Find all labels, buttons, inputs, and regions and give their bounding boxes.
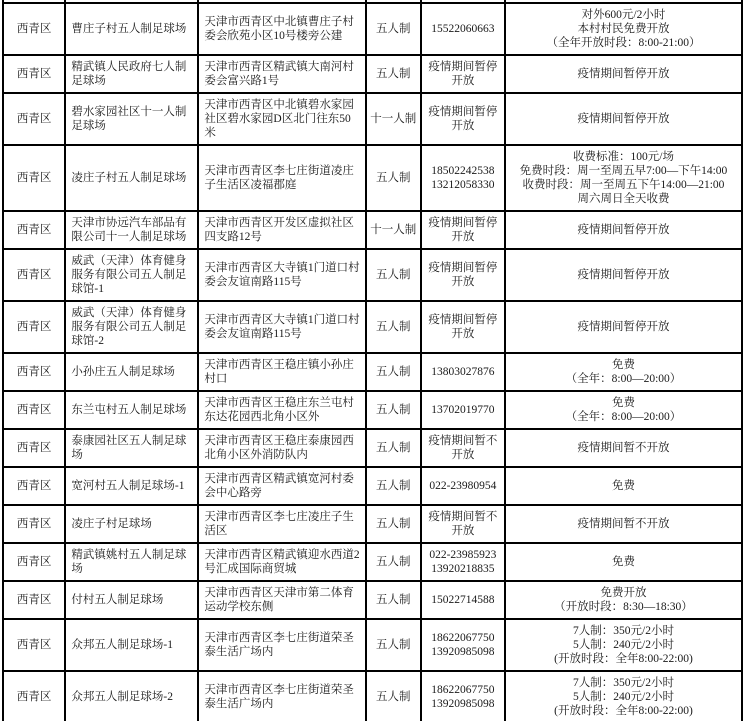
venue-name-cell: 威武（天津）体育健身服务有限公司五人制足球馆-1 bbox=[65, 249, 198, 301]
table-row: 西青区 泰康园社区五人制足球场 天津市西青区王稳庄泰康园西北角小区外消防队内 五… bbox=[3, 429, 742, 467]
table-row: 西青区 精武镇姚村五人制足球场 天津市西青区精武镇迎水西道2号汇成国际商贸城 五… bbox=[3, 543, 742, 581]
venue-name-cell: 泰康园社区五人制足球场 bbox=[65, 429, 198, 467]
district-cell: 西青区 bbox=[3, 301, 65, 353]
address-cell: 天津市西青区精武镇宽河村委会中心路旁 bbox=[198, 467, 365, 505]
venue-name-cell: 碧水家园社区十一人制足球场 bbox=[65, 93, 198, 145]
venue-name-cell: 精武镇姚村五人制足球场 bbox=[65, 543, 198, 581]
venue-name-cell: 众邦五人制足球场-1 bbox=[65, 619, 198, 671]
fee-info-cell: 疫情期间暂停开放 bbox=[505, 55, 742, 93]
venue-name-cell: 众邦五人制足球场-2 bbox=[65, 671, 198, 721]
address-cell: 天津市西青区中北镇碧水家园社区碧水家园D区北门往东50米 bbox=[198, 93, 365, 145]
field-type-cell: 十一人制 bbox=[366, 93, 421, 145]
district-cell: 西青区 bbox=[3, 505, 65, 543]
district-cell: 西青区 bbox=[3, 249, 65, 301]
address-cell: 天津市西青区李七庄凌庄子生活区 bbox=[198, 505, 365, 543]
table-row: 西青区 凌庄子村五人制足球场 天津市西青区李七庄街道凌庄子生活区凌福郡庭 五人制… bbox=[3, 145, 742, 211]
district-cell: 西青区 bbox=[3, 467, 65, 505]
district-cell: 西青区 bbox=[3, 619, 65, 671]
table-row: 西青区 东兰屯村五人制足球场 天津市西青区王稳庄东兰屯村东达花园西北角小区外 五… bbox=[3, 391, 742, 429]
district-cell: 西青区 bbox=[3, 429, 65, 467]
venue-name-cell: 精武镇人民政府七人制足球场 bbox=[65, 55, 198, 93]
address-cell: 天津市西青区开发区虚拟社区四支路12号 bbox=[198, 211, 365, 249]
fee-info-cell: 免费 （全年：8:00—20:00） bbox=[505, 391, 742, 429]
district-cell: 西青区 bbox=[3, 391, 65, 429]
field-type-cell: 五人制 bbox=[366, 671, 421, 721]
district-cell: 西青区 bbox=[3, 55, 65, 93]
phone-cell: 疫情期间暂停开放 bbox=[421, 211, 505, 249]
phone-cell: 18502242538 13212058330 bbox=[421, 145, 505, 211]
page: 西青区 曹庄子村五人制足球场 天津市西青区中北镇曹庄子村委会欣苑小区10号楼旁公… bbox=[0, 0, 745, 721]
venue-name-cell: 凌庄子村足球场 bbox=[65, 505, 198, 543]
field-type-cell: 五人制 bbox=[366, 543, 421, 581]
address-cell: 天津市西青区王稳庄泰康园西北角小区外消防队内 bbox=[198, 429, 365, 467]
phone-cell: 18622067750 13920985098 bbox=[421, 619, 505, 671]
field-type-cell: 五人制 bbox=[366, 505, 421, 543]
phone-cell: 13702019770 bbox=[421, 391, 505, 429]
field-type-cell: 五人制 bbox=[366, 391, 421, 429]
address-cell: 天津市西青区天津市第二体育运动学校东侧 bbox=[198, 581, 365, 619]
fee-info-cell: 收费标准：100元/场 免费时段：周一至周五早7:00—下午14:00 收费时段… bbox=[505, 145, 742, 211]
field-type-cell: 五人制 bbox=[366, 467, 421, 505]
district-cell: 西青区 bbox=[3, 353, 65, 391]
address-cell: 天津市西青区大寺镇1门道口村委会友谊南路115号 bbox=[198, 301, 365, 353]
table-row: 西青区 威武（天津）体育健身服务有限公司五人制足球馆-1 天津市西青区大寺镇1门… bbox=[3, 249, 742, 301]
address-cell: 天津市西青区王稳庄镇小孙庄村口 bbox=[198, 353, 365, 391]
fee-info-cell: 疫情期间暂停开放 bbox=[505, 301, 742, 353]
fee-info-cell: 免费开放 （开放时段：8:30—18:30） bbox=[505, 581, 742, 619]
table-row: 西青区 曹庄子村五人制足球场 天津市西青区中北镇曹庄子村委会欣苑小区10号楼旁公… bbox=[3, 3, 742, 55]
address-cell: 天津市西青区精武镇迎水西道2号汇成国际商贸城 bbox=[198, 543, 365, 581]
venue-name-cell: 凌庄子村五人制足球场 bbox=[65, 145, 198, 211]
venue-name-cell: 威武（天津）体育健身服务有限公司五人制足球馆-2 bbox=[65, 301, 198, 353]
field-type-cell: 五人制 bbox=[366, 619, 421, 671]
table-row: 西青区 众邦五人制足球场-2 天津市西青区李七庄街道荣圣泰生活广场内 五人制 1… bbox=[3, 671, 742, 721]
fee-info-cell: 疫情期间暂不开放 bbox=[505, 505, 742, 543]
venue-name-cell: 宽河村五人制足球场-1 bbox=[65, 467, 198, 505]
phone-cell: 疫情期间暂停开放 bbox=[421, 249, 505, 301]
table-row: 西青区 宽河村五人制足球场-1 天津市西青区精武镇宽河村委会中心路旁 五人制 0… bbox=[3, 467, 742, 505]
address-cell: 天津市西青区李七庄街道凌庄子生活区凌福郡庭 bbox=[198, 145, 365, 211]
phone-cell: 022-23985923 13920218835 bbox=[421, 543, 505, 581]
district-cell: 西青区 bbox=[3, 671, 65, 721]
phone-cell: 13803027876 bbox=[421, 353, 505, 391]
phone-cell: 疫情期间暂停开放 bbox=[421, 93, 505, 145]
phone-cell: 022-23980954 bbox=[421, 467, 505, 505]
venue-name-cell: 付村五人制足球场 bbox=[65, 581, 198, 619]
table-row: 西青区 碧水家园社区十一人制足球场 天津市西青区中北镇碧水家园社区碧水家园D区北… bbox=[3, 93, 742, 145]
venue-name-cell: 东兰屯村五人制足球场 bbox=[65, 391, 198, 429]
fee-info-cell: 7人制：350元/2小时 5人制：240元/2小时 (开放时段：全年8:00-2… bbox=[505, 671, 742, 721]
phone-cell: 15022714588 bbox=[421, 581, 505, 619]
district-cell: 西青区 bbox=[3, 3, 65, 55]
address-cell: 天津市西青区中北镇曹庄子村委会欣苑小区10号楼旁公建 bbox=[198, 3, 365, 55]
phone-cell: 18622067750 13920985098 bbox=[421, 671, 505, 721]
phone-cell: 15522060663 bbox=[421, 3, 505, 55]
phone-cell: 疫情期间暂不开放 bbox=[421, 505, 505, 543]
fee-info-cell: 免费 bbox=[505, 543, 742, 581]
football-fields-table: 西青区 曹庄子村五人制足球场 天津市西青区中北镇曹庄子村委会欣苑小区10号楼旁公… bbox=[2, 0, 743, 721]
fee-info-cell: 免费 bbox=[505, 467, 742, 505]
field-type-cell: 五人制 bbox=[366, 581, 421, 619]
district-cell: 西青区 bbox=[3, 211, 65, 249]
address-cell: 天津市西青区王稳庄东兰屯村东达花园西北角小区外 bbox=[198, 391, 365, 429]
address-cell: 天津市西青区精武镇大南河村委会富兴路1号 bbox=[198, 55, 365, 93]
field-type-cell: 五人制 bbox=[366, 301, 421, 353]
table-row: 西青区 小孙庄五人制足球场 天津市西青区王稳庄镇小孙庄村口 五人制 138030… bbox=[3, 353, 742, 391]
fee-info-cell: 疫情期间暂停开放 bbox=[505, 211, 742, 249]
district-cell: 西青区 bbox=[3, 93, 65, 145]
table-row: 西青区 天津市协远汽车部品有限公司十一人制足球场 天津市西青区开发区虚拟社区四支… bbox=[3, 211, 742, 249]
field-type-cell: 五人制 bbox=[366, 249, 421, 301]
venue-name-cell: 曹庄子村五人制足球场 bbox=[65, 3, 198, 55]
field-type-cell: 五人制 bbox=[366, 55, 421, 93]
field-type-cell: 五人制 bbox=[366, 145, 421, 211]
district-cell: 西青区 bbox=[3, 145, 65, 211]
address-cell: 天津市西青区李七庄街道荣圣泰生活广场内 bbox=[198, 671, 365, 721]
phone-cell: 疫情期间暂停开放 bbox=[421, 55, 505, 93]
table-body: 西青区 曹庄子村五人制足球场 天津市西青区中北镇曹庄子村委会欣苑小区10号楼旁公… bbox=[3, 0, 742, 721]
phone-cell: 疫情期间暂停开放 bbox=[421, 301, 505, 353]
table-row: 西青区 凌庄子村足球场 天津市西青区李七庄凌庄子生活区 五人制 疫情期间暂不开放… bbox=[3, 505, 742, 543]
table-row: 西青区 精武镇人民政府七人制足球场 天津市西青区精武镇大南河村委会富兴路1号 五… bbox=[3, 55, 742, 93]
phone-cell: 疫情期间暂不开放 bbox=[421, 429, 505, 467]
table-row: 西青区 威武（天津）体育健身服务有限公司五人制足球馆-2 天津市西青区大寺镇1门… bbox=[3, 301, 742, 353]
district-cell: 西青区 bbox=[3, 543, 65, 581]
fee-info-cell: 疫情期间暂停开放 bbox=[505, 249, 742, 301]
fee-info-cell: 疫情期间暂不开放 bbox=[505, 429, 742, 467]
fee-info-cell: 免费 （全年：8:00—20:00） bbox=[505, 353, 742, 391]
table-row: 西青区 众邦五人制足球场-1 天津市西青区李七庄街道荣圣泰生活广场内 五人制 1… bbox=[3, 619, 742, 671]
address-cell: 天津市西青区大寺镇1门道口村委会友谊南路115号 bbox=[198, 249, 365, 301]
address-cell: 天津市西青区李七庄街道荣圣泰生活广场内 bbox=[198, 619, 365, 671]
table-row: 西青区 付村五人制足球场 天津市西青区天津市第二体育运动学校东侧 五人制 150… bbox=[3, 581, 742, 619]
venue-name-cell: 小孙庄五人制足球场 bbox=[65, 353, 198, 391]
field-type-cell: 五人制 bbox=[366, 429, 421, 467]
field-type-cell: 五人制 bbox=[366, 3, 421, 55]
fee-info-cell: 对外600元/2小时 本村村民免费开放 （全年开放时段：8:00-21:00） bbox=[505, 3, 742, 55]
field-type-cell: 五人制 bbox=[366, 353, 421, 391]
field-type-cell: 十一人制 bbox=[366, 211, 421, 249]
district-cell: 西青区 bbox=[3, 581, 65, 619]
fee-info-cell: 疫情期间暂停开放 bbox=[505, 93, 742, 145]
venue-name-cell: 天津市协远汽车部品有限公司十一人制足球场 bbox=[65, 211, 198, 249]
fee-info-cell: 7人制：350元/2小时 5人制：240元/2小时 (开放时段：全年8:00-2… bbox=[505, 619, 742, 671]
